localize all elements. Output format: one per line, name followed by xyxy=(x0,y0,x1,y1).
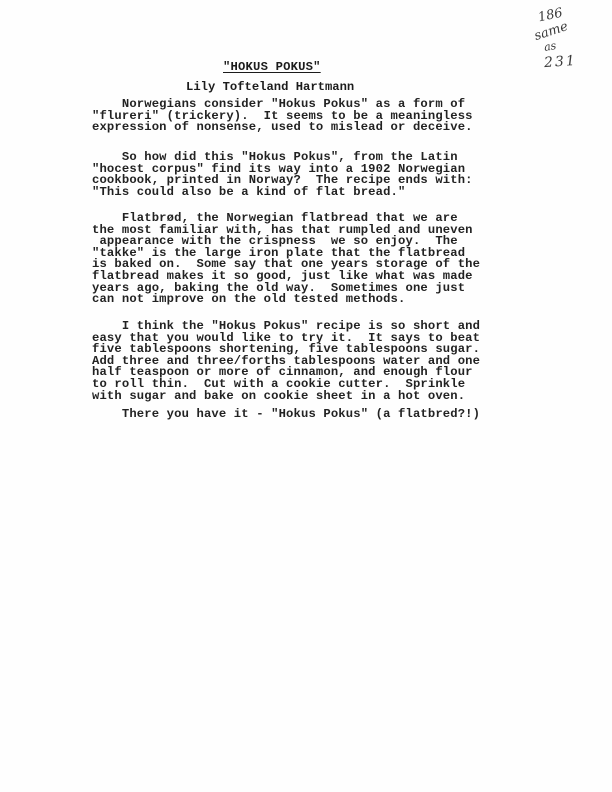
document-author: Lily Tofteland Hartmann xyxy=(186,80,354,94)
text-line: There you have it - "Hokus Pokus" (a fla… xyxy=(92,409,480,421)
text-line: with sugar and bake on cookie sheet in a… xyxy=(92,391,480,403)
paragraph-4: I think the "Hokus Pokus" recipe is so s… xyxy=(92,321,480,402)
paragraph-2: So how did this "Hokus Pokus", from the … xyxy=(92,152,473,198)
paragraph-3: Flatbrød, the Norwegian flatbread that w… xyxy=(92,213,480,306)
paragraph-1: Norwegians consider "Hokus Pokus" as a f… xyxy=(92,99,473,134)
handnote-line: 231 xyxy=(543,53,577,71)
text-line: can not improve on the old tested method… xyxy=(92,294,480,306)
handnote-line: as xyxy=(543,39,557,54)
handwritten-page-note: 186 same as 231 xyxy=(532,6,602,76)
document-page: 186 same as 231 "HOKUS POKUS" Lily Tofte… xyxy=(0,0,612,792)
text-line: expression of nonsense, used to mislead … xyxy=(92,122,473,134)
document-title: "HOKUS POKUS" xyxy=(223,60,321,74)
paragraph-5: There you have it - "Hokus Pokus" (a fla… xyxy=(92,409,480,421)
text-line: "This could also be a kind of flat bread… xyxy=(92,187,473,199)
